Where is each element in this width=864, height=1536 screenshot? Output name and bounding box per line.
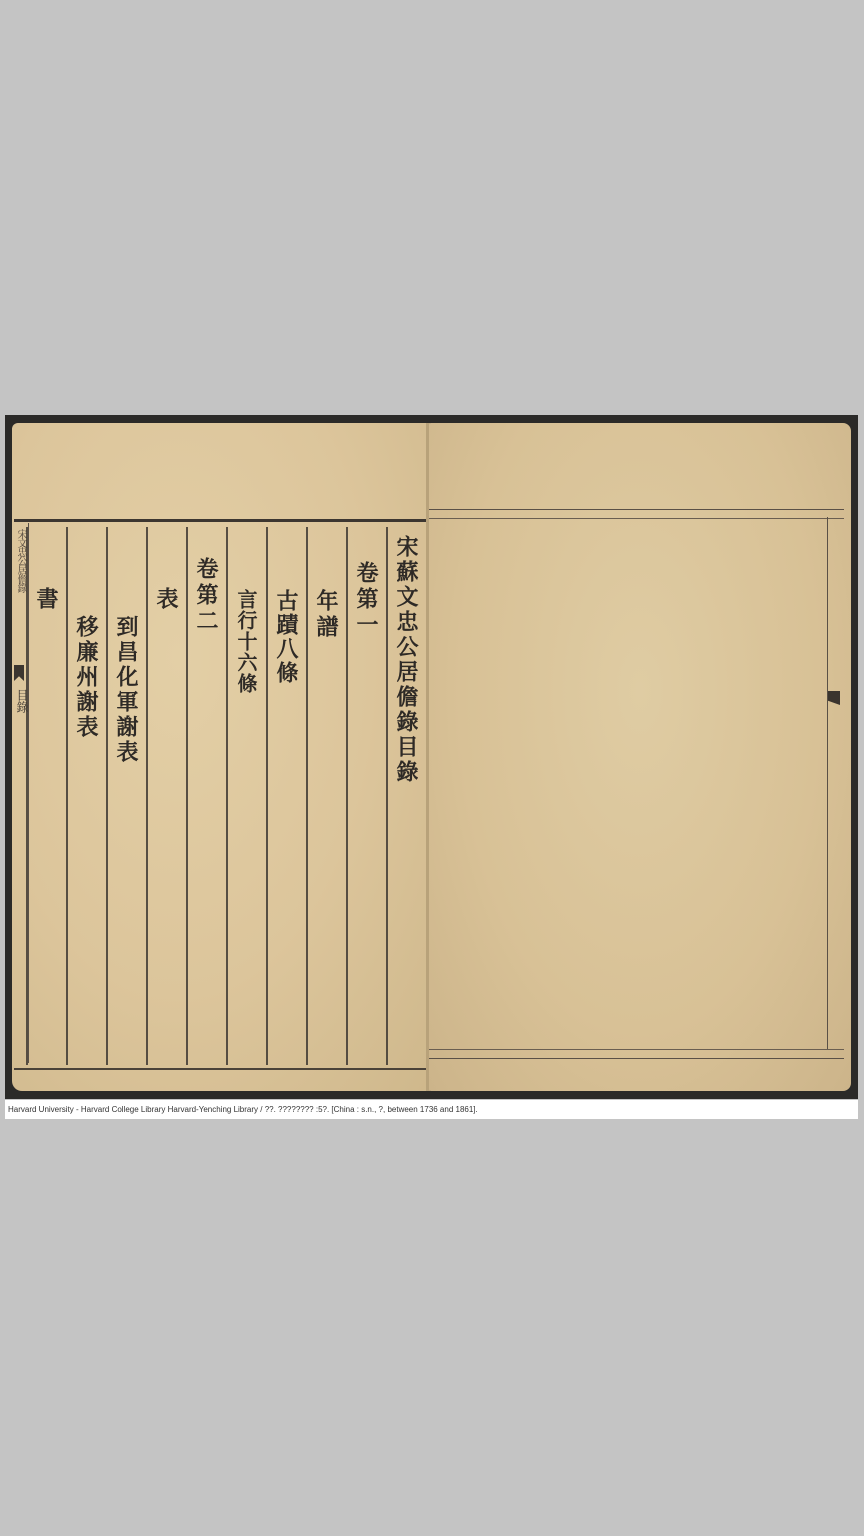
section-biao: 表 xyxy=(155,587,177,611)
right-page xyxy=(429,423,851,1091)
column-rule xyxy=(66,527,68,1065)
column-rule xyxy=(306,527,308,1065)
scan-viewer: 宋文忠公居儋錄 目錄 宋蘇文忠公居儋錄目錄 卷第一 年譜 古蹟八條 言行十六條 … xyxy=(5,415,858,1099)
entry-daochanghua: 到昌化軍謝表 xyxy=(115,615,137,765)
volume-2-heading: 卷第二 xyxy=(195,557,217,635)
right-page-frame xyxy=(429,509,844,1059)
right-page-fold-rule xyxy=(827,517,828,1049)
column-rule xyxy=(26,527,28,1065)
fishtail-mark-icon xyxy=(14,665,24,681)
fold-section-label: 目錄 xyxy=(14,689,31,713)
column-rule xyxy=(106,527,108,1065)
image-caption: Harvard University - Harvard College Lib… xyxy=(5,1100,858,1119)
column-rule xyxy=(186,527,188,1065)
column-rule xyxy=(266,527,268,1065)
column-rule xyxy=(346,527,348,1065)
entry-guji: 古蹟八條 xyxy=(275,589,297,685)
entry-yilianzhou: 移廉州謝表 xyxy=(75,615,97,740)
entry-yanxing: 言行十六條 xyxy=(236,589,256,694)
section-shu: 書 xyxy=(35,587,57,611)
left-page: 宋文忠公居儋錄 目錄 宋蘇文忠公居儋錄目錄 卷第一 年譜 古蹟八條 言行十六條 … xyxy=(12,423,428,1091)
book-title: 宋蘇文忠公居儋錄目錄 xyxy=(395,535,417,785)
volume-1-heading: 卷第一 xyxy=(355,561,377,639)
column-rule xyxy=(226,527,228,1065)
entry-nianpu: 年譜 xyxy=(315,589,337,641)
column-rule xyxy=(146,527,148,1065)
book-spread: 宋文忠公居儋錄 目錄 宋蘇文忠公居儋錄目錄 卷第一 年譜 古蹟八條 言行十六條 … xyxy=(12,423,851,1091)
column-rule xyxy=(386,527,388,1065)
